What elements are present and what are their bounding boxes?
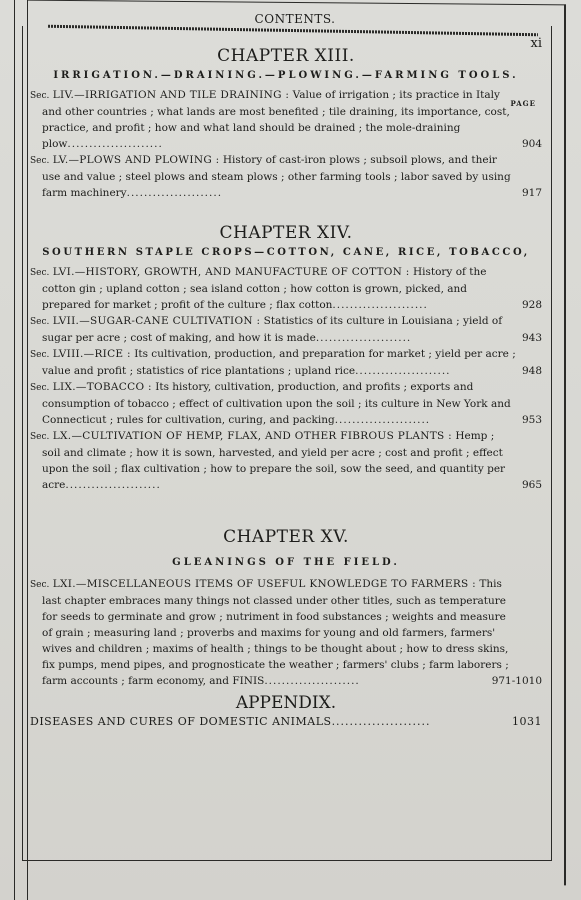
running-head: CONTENTS. (48, 12, 542, 26)
chapter-xiii: CHAPTER XIII. IRRIGATION.—DRAINING.—PLOW… (30, 46, 542, 201)
toc-entry[interactable]: Sec. LVI.—HISTORY, GROWTH, AND MANUFACTU… (30, 264, 542, 313)
page-edge-line (14, 0, 15, 900)
chapter-title: CHAPTER XV. (30, 527, 542, 547)
page-number: 953 (534, 412, 542, 428)
toc-entry[interactable]: Sec. LX.—CULTIVATION OF HEMP, FLAX, AND … (30, 428, 542, 493)
appendix-title: APPENDIX. (30, 693, 542, 713)
appendix: APPENDIX. DISEASES AND CURES OF DOMESTIC… (30, 693, 542, 728)
toc-entry[interactable]: DISEASES AND CURES OF DOMESTIC ANIMALS..… (30, 715, 542, 728)
chapter-title: CHAPTER XIII. (30, 46, 542, 66)
chapter-subtitle: IRRIGATION.—DRAINING.—PLOWING.—FARMING T… (30, 70, 542, 81)
chapter-subtitle: GLEANINGS OF THE FIELD. (30, 557, 542, 568)
page-number: 917 (534, 185, 542, 201)
toc-entry[interactable]: Sec. LV.—PLOWS AND PLOWING : History of … (30, 152, 542, 201)
page-number: 1031 (512, 715, 542, 728)
toc-entry[interactable]: Sec. LIX.—TOBACCO : Its history, cultiva… (30, 379, 542, 428)
page-number: 904 (534, 136, 542, 152)
toc-entry[interactable]: Sec. LVII.—SUGAR-CANE CULTIVATION : Stat… (30, 313, 542, 346)
chapter-title: CHAPTER XIV. (30, 223, 542, 243)
toc-entry[interactable]: Sec. LIV.—IRRIGATION AND TILE DRAINING :… (30, 87, 542, 152)
page-number: 971-1010 (504, 673, 542, 689)
page-number: 965 (534, 477, 542, 493)
page-folio: xi (531, 36, 543, 51)
page-number: 943 (534, 330, 542, 346)
page-number: 948 (534, 363, 542, 379)
book-page: CONTENTS. xi CHAPTER XIII. IRRIGATION.—D… (0, 0, 581, 900)
wavy-rule (48, 25, 538, 37)
toc-entry[interactable]: Sec. LVIII.—RICE : Its cultivation, prod… (30, 346, 542, 379)
contents-page: CONTENTS. xi CHAPTER XIII. IRRIGATION.—D… (30, 12, 542, 728)
page-column-label: PAGE (511, 99, 537, 108)
page-number: 928 (534, 297, 542, 313)
chapter-xiv: CHAPTER XIV. SOUTHERN STAPLE CROPS—COTTO… (30, 223, 542, 493)
toc-entry[interactable]: Sec. LXI.—MISCELLANEOUS ITEMS OF USEFUL … (30, 576, 542, 689)
chapter-subtitle: SOUTHERN STAPLE CROPS—COTTON, CANE, RICE… (30, 247, 542, 258)
chapter-xv: CHAPTER XV. GLEANINGS OF THE FIELD. Sec.… (30, 527, 542, 689)
